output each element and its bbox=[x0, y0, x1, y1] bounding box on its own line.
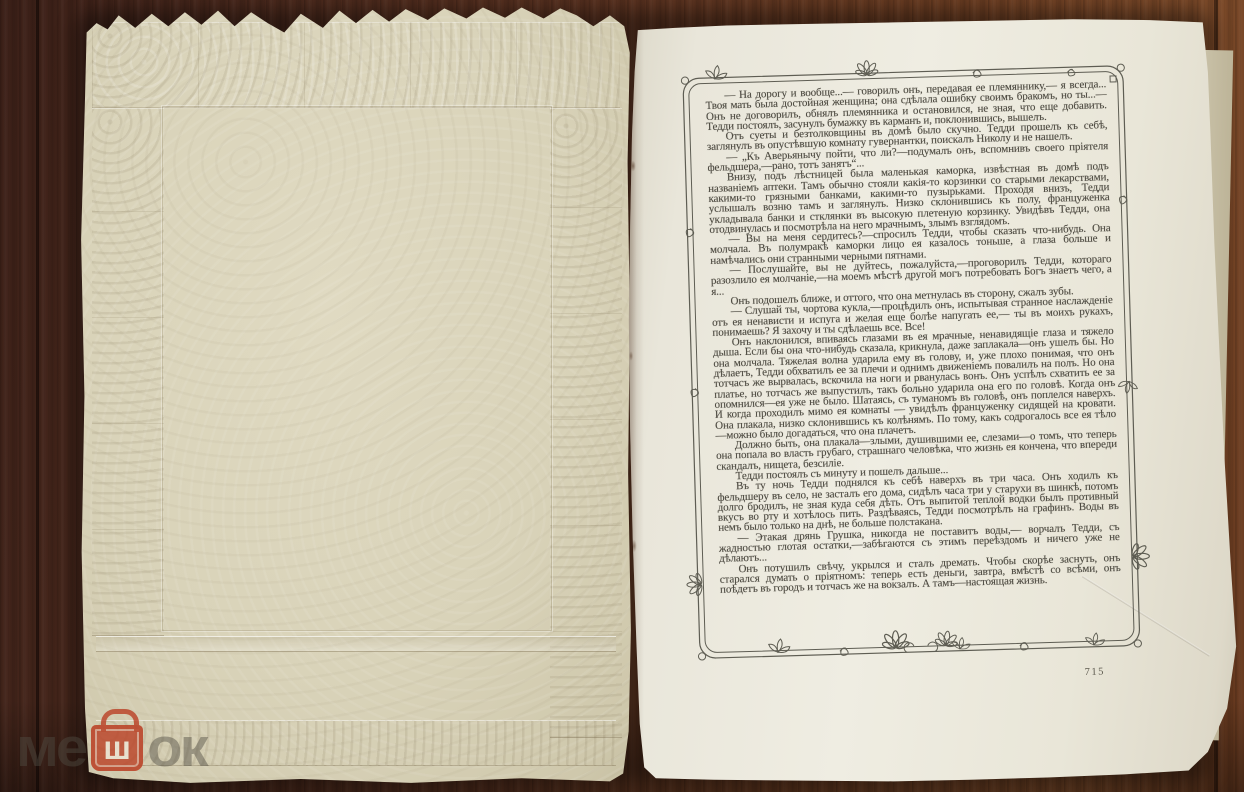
book-cover-blank bbox=[80, 6, 632, 786]
watermark-meshok: ме ш ок bbox=[16, 722, 206, 774]
watermark-text-prefix: ме bbox=[16, 723, 85, 772]
watermark-text-suffix: ок bbox=[147, 723, 205, 772]
cover-emboss-band-left bbox=[92, 108, 164, 636]
photo-of-open-book: — На дорогу и вообще...— говорилъ онъ, п… bbox=[0, 0, 1244, 792]
paragraph: Онъ наклонился, впиваясь глазами въ ея м… bbox=[713, 326, 1117, 441]
cover-emboss-inner-frame bbox=[162, 106, 552, 631]
page-number: 715 bbox=[1085, 666, 1106, 678]
book-page: — На дорогу и вообще...— говорилъ онъ, п… bbox=[598, 10, 1240, 786]
watermark-bag-letter: ш bbox=[91, 725, 143, 771]
page-content: — На дорогу и вообще...— говорилъ онъ, п… bbox=[668, 51, 1157, 713]
cover-emboss-band-top bbox=[92, 22, 620, 108]
page-text: — На дорогу и вообще...— говорилъ онъ, п… bbox=[705, 79, 1121, 595]
shopping-bag-icon: ш bbox=[91, 725, 143, 771]
wood-plank-seam-left bbox=[36, 0, 39, 792]
cover-emboss-ridge-upper bbox=[96, 636, 616, 652]
